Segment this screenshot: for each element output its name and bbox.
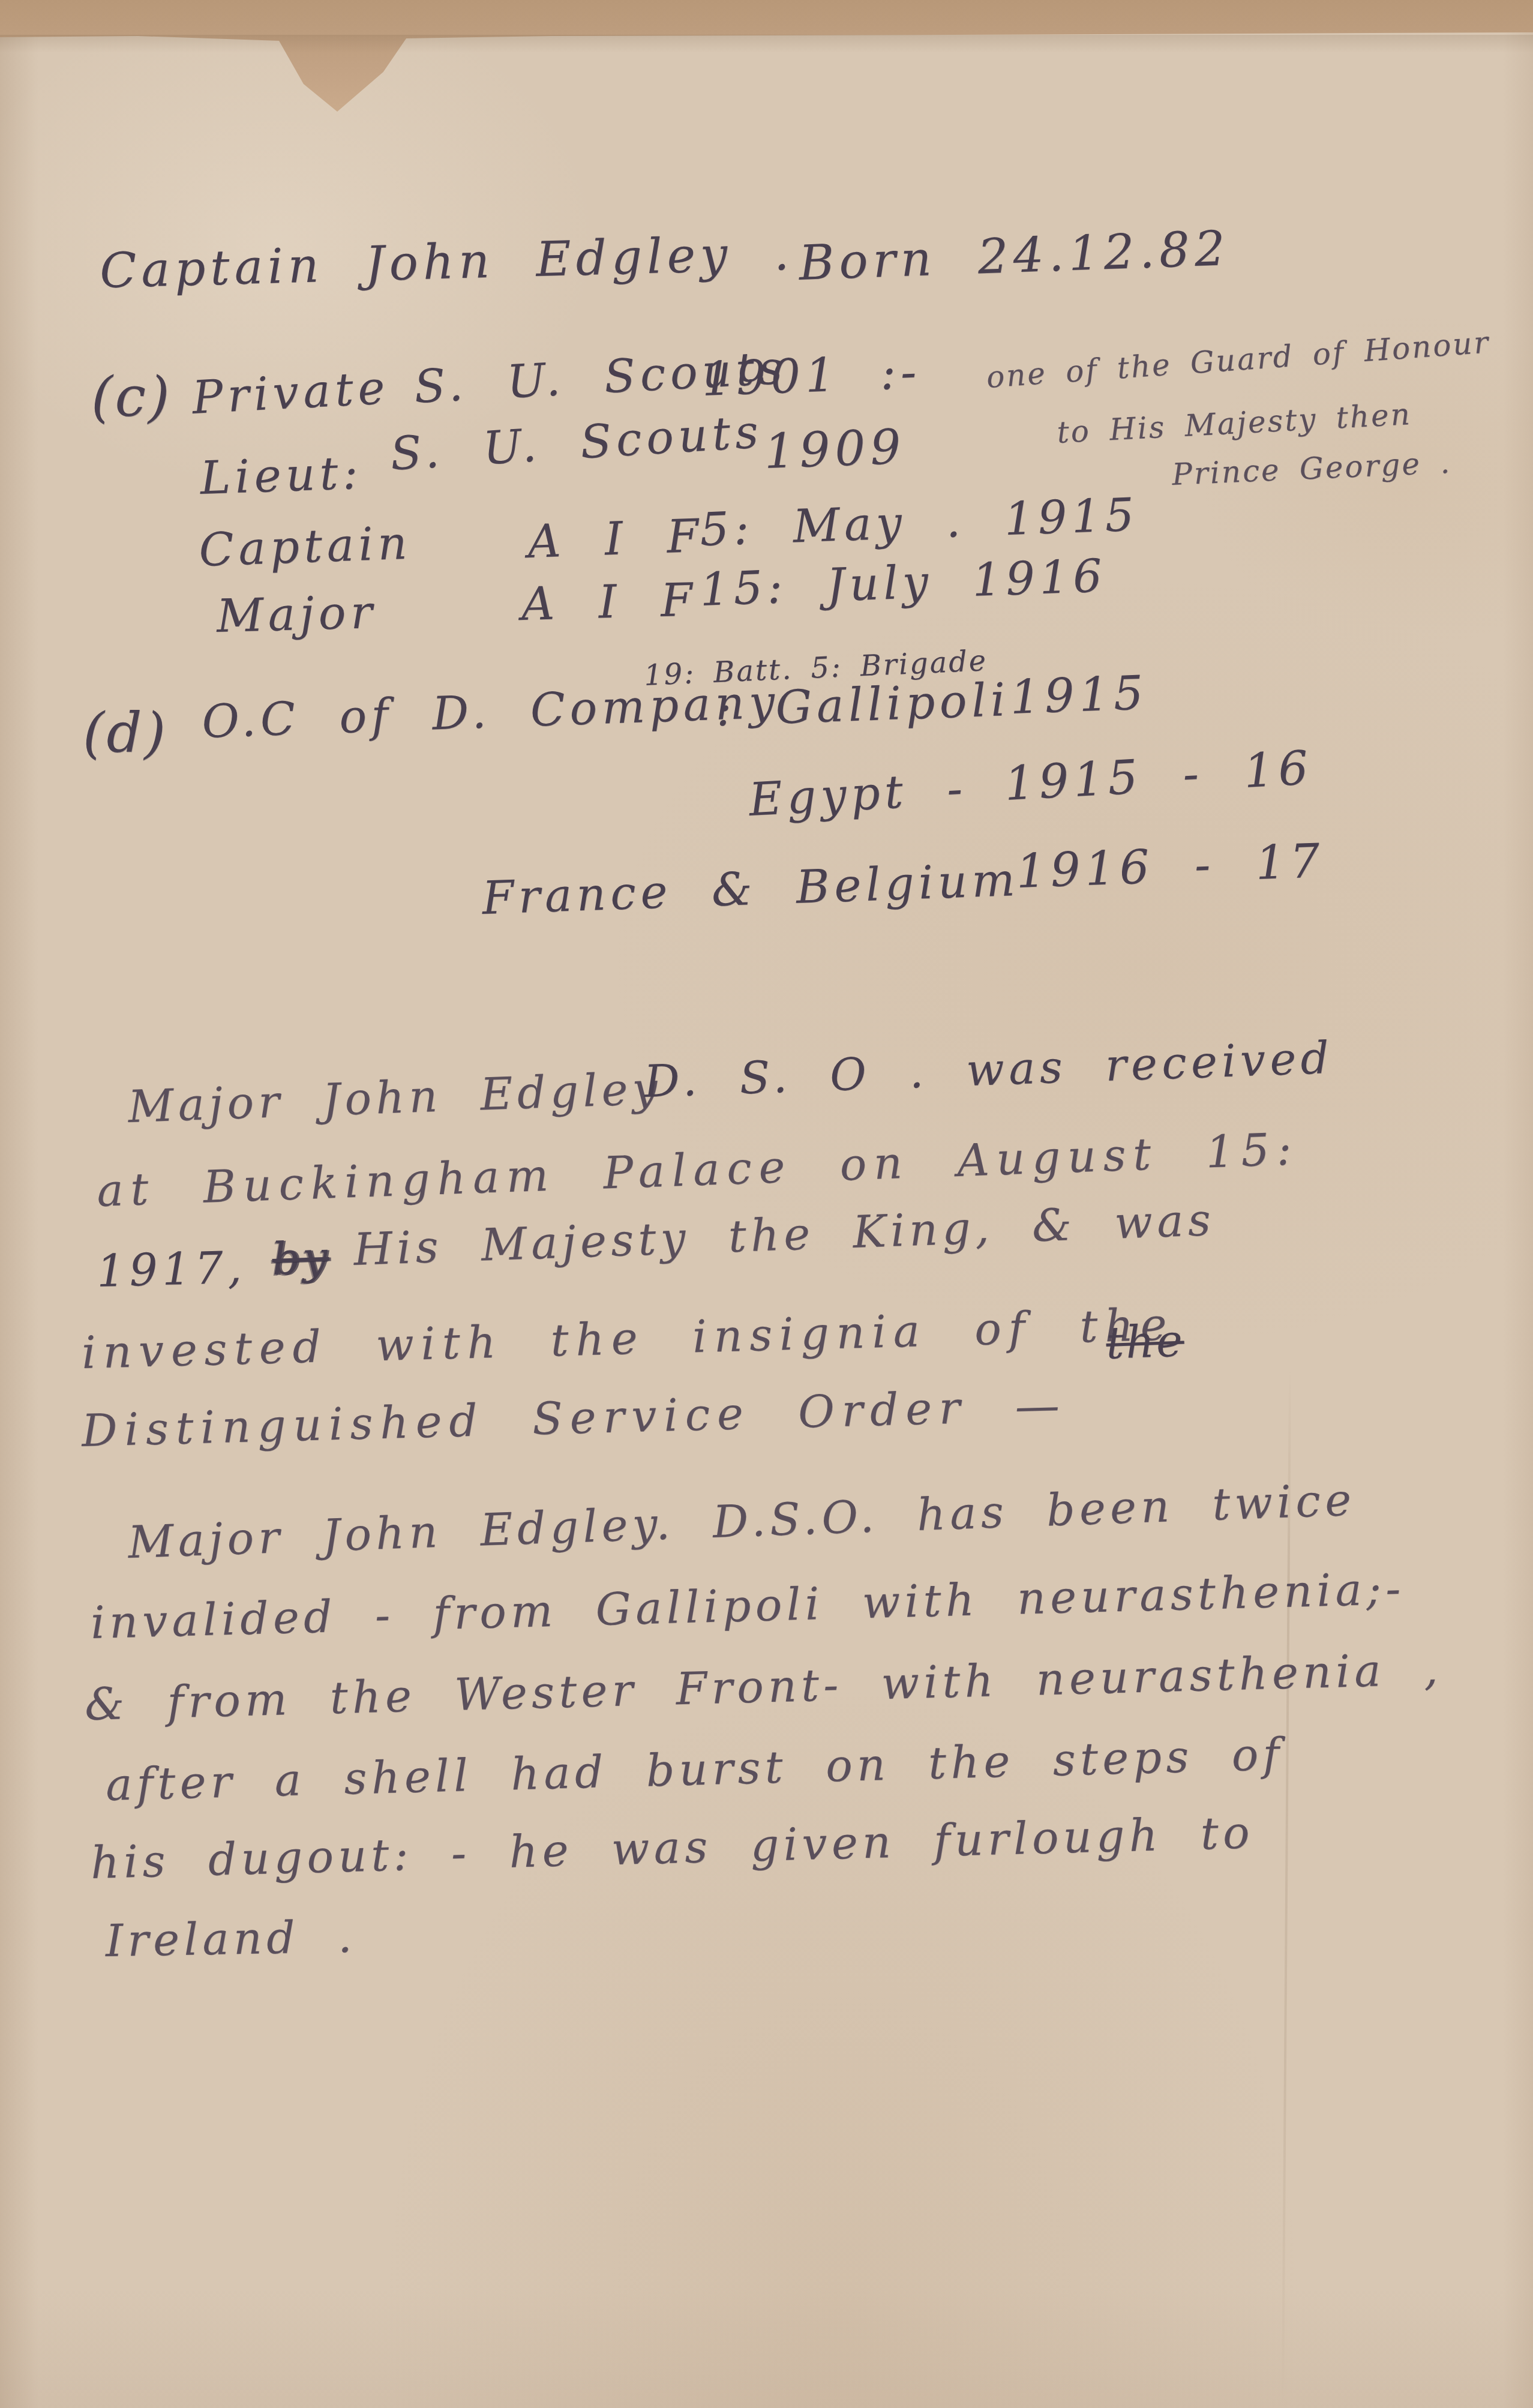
invalided-para-line3: & from the Wester Front- with neurasthen… — [84, 1644, 1443, 1731]
private-rank: Private — [191, 361, 391, 424]
major-unit: A I F — [521, 572, 698, 631]
dso-para-line4-struck-word: the — [1105, 1315, 1185, 1369]
top-edge-shadow — [0, 35, 1533, 53]
lieut-rank: Lieut: — [199, 446, 363, 505]
manuscript-page: Captain John Edgley . Born 24.12.82 (c) … — [0, 0, 1533, 2408]
campaign-gallipoli-year: 1915 — [1009, 666, 1149, 725]
oc-company-text: O.C of D. Company — [201, 674, 780, 748]
private-year: 1901 :- — [701, 345, 922, 407]
campaign-egypt-year: 1915 - 16 — [1003, 741, 1314, 811]
dso-para-line1b: D. S. O . was received — [643, 1032, 1334, 1108]
dso-para-line3-struck-word: by — [271, 1232, 330, 1285]
captain-rank: Captain — [198, 516, 412, 577]
torn-top-edge — [0, 0, 1533, 120]
campaign-france-year: 1916 - 17 — [1015, 834, 1325, 899]
dso-para-line1a: Major John Edgley — [127, 1063, 662, 1133]
major-rank: Major — [216, 585, 377, 643]
campaign-gallipoli: : Gallipoli — [715, 673, 1010, 736]
dso-para-line3b: His Majesty the King, & was — [353, 1194, 1216, 1276]
lieut-unit: S. U. Scouts — [389, 404, 764, 481]
dso-para-line5: Distinguished Service Order — — [81, 1380, 1067, 1457]
item-d-label: (d) — [83, 701, 168, 765]
header-name: Captain John Edgley . — [99, 225, 794, 299]
guard-note-line2: to His Majesty then — [1056, 397, 1412, 450]
dso-para-line4a: invested with the insignia of the — [81, 1299, 1174, 1379]
item-c-label: (c) — [91, 365, 172, 429]
dso-para-line3a: 1917, — [96, 1242, 247, 1297]
invalided-para-line4: after a shell had burst on the steps of — [105, 1729, 1285, 1811]
major-date: 15: July 1916 — [699, 548, 1108, 616]
guard-note-line3: Prince George . — [1171, 445, 1452, 492]
campaign-france-belgium: France & Belgium — [481, 853, 1020, 925]
header-born-date: Born 24.12.82 — [798, 220, 1231, 291]
campaign-egypt: Egypt - — [748, 761, 968, 826]
invalided-para-line1: Major John Edgley. D.S.O. has been twice — [127, 1474, 1357, 1569]
invalided-para-line5: his dugout: - he was given furlough to — [90, 1807, 1255, 1889]
captain-unit: A I F — [527, 509, 704, 568]
guard-note-line1: one of the Guard of Honour — [985, 325, 1491, 395]
invalided-para-line6: Ireland . — [105, 1911, 357, 1967]
invalided-para-line2: invalided - from Gallipoli with neurasth… — [90, 1563, 1406, 1649]
captain-date: 5: May . 1915 — [699, 487, 1139, 556]
lieut-year: 1909 — [763, 419, 907, 479]
